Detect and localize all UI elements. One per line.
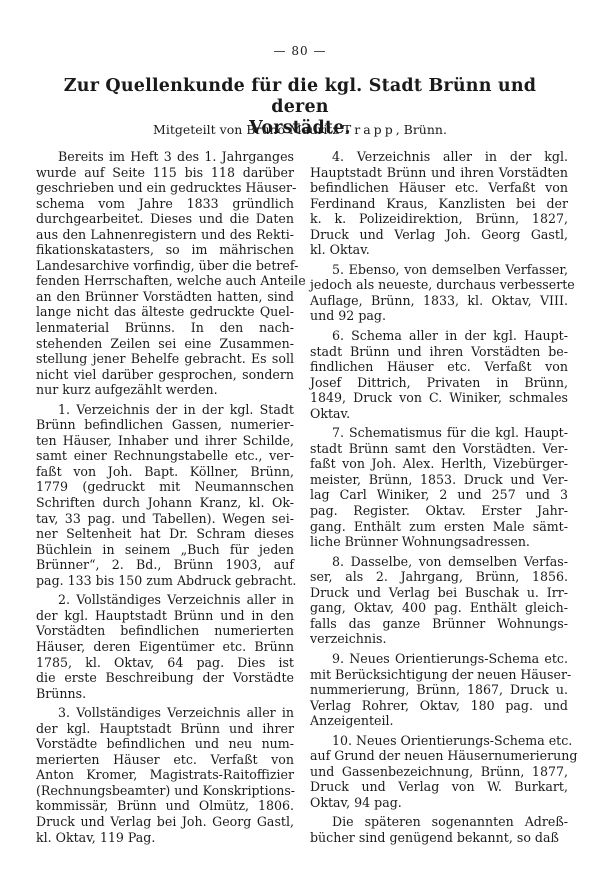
text-line: geschrieben und ein gedrucktes Häuser- [36, 180, 294, 196]
text-line: 6. Schema aller in der kgl. Haupt- [310, 328, 568, 344]
text-line: der kgl. Hauptstadt Brünn und ihrer [36, 721, 294, 737]
paragraph: 10. Neues Orientierungs-Schema etc.auf G… [310, 733, 568, 811]
paragraph: 6. Schema aller in der kgl. Haupt-stadt … [310, 328, 568, 421]
text-line: 10. Neues Orientierungs-Schema etc. [310, 733, 568, 749]
text-line: ser, als 2. Jahrgang, Brünn, 1856. [310, 569, 568, 585]
paragraph: Bereits im Heft 3 des 1. Jahrgangeswurde… [36, 149, 294, 398]
text-line: verzeichnis. [310, 631, 568, 647]
text-line: meister, Brünn, 1853. Druck und Ver- [310, 472, 568, 488]
text-line: ten Häuser, Inhaber und ihrer Schilde, [36, 433, 294, 449]
text-line: faßt von Joh. Bapt. Köllner, Brünn, [36, 464, 294, 480]
text-line: 8. Dasselbe, von demselben Verfas- [310, 554, 568, 570]
text-line: an den Brünner Vorstädten hatten, sind [36, 289, 294, 305]
text-line: Brünner“, 2. Bd., Brünn 1903, auf [36, 557, 294, 573]
text-line: Brünn befindlichen Gassen, numerier- [36, 417, 294, 433]
text-line: 5. Ebenso, von demselben Verfasser, [310, 262, 568, 278]
text-line: findlichen Häuser etc. Verfaßt von [310, 359, 568, 375]
text-line: Oktav. [310, 406, 568, 422]
text-line: Hauptstadt Brünn und ihren Vorstädten [310, 165, 568, 181]
text-line: Verlag Rohrer, Oktav, 180 pag. und [310, 698, 568, 714]
paragraph: 2. Vollständiges Verzeichnis aller inder… [36, 592, 294, 701]
text-line: pag. 133 bis 150 zum Abdruck gebracht. [36, 573, 294, 589]
byline: Mitgeteilt von Bruno Mauritz Trapp, Brün… [0, 122, 600, 137]
text-line: Vorstädte befindlichen und neu num- [36, 736, 294, 752]
text-line: 1. Verzeichnis der in der kgl. Stadt [36, 402, 294, 418]
text-line: und Gassenbezeichnung, Brünn, 1877, [310, 764, 568, 780]
text-line: nummerierung, Brünn, 1867, Druck u. [310, 682, 568, 698]
text-line: 2. Vollständiges Verzeichnis aller in [36, 592, 294, 608]
text-line: faßt von Joh. Alex. Herlth, Vizebürger- [310, 456, 568, 472]
text-line: stehenden Zeilen sei eine Zusammen- [36, 336, 294, 352]
text-line: nur kurz aufgezählt werden. [36, 382, 294, 398]
text-line: die erste Beschreibung der Vorstädte [36, 670, 294, 686]
paragraph: 5. Ebenso, von demselben Verfasser,jedoc… [310, 262, 568, 324]
paragraph: 9. Neues Orientierungs-Schema etc.mit Be… [310, 651, 568, 729]
text-line: Druck und Verlag bei Buschak u. Irr- [310, 585, 568, 601]
text-line: nicht viel darüber gesprochen, sondern [36, 367, 294, 383]
text-line: 7. Schematismus für die kgl. Haupt- [310, 425, 568, 441]
text-line: 3. Vollständiges Verzeichnis aller in [36, 705, 294, 721]
paragraph: 4. Verzeichnis aller in der kgl.Hauptsta… [310, 149, 568, 258]
left-column: Bereits im Heft 3 des 1. Jahrgangeswurde… [36, 149, 294, 849]
text-line: 1779 (gedruckt mit Neumannschen [36, 479, 294, 495]
text-line: Häuser, deren Eigentümer etc. Brünn [36, 639, 294, 655]
text-line: Anton Kromer, Magistrats-Raitoffizier [36, 767, 294, 783]
text-line: Landesarchive vorfindig, über die betref… [36, 258, 294, 274]
text-line: mit Berücksichtigung der neuen Häuser- [310, 667, 568, 683]
text-line: Brünns. [36, 686, 294, 702]
text-line: gang, Oktav, 400 pag. Enthält gleich- [310, 600, 568, 616]
text-line: kommissär, Brünn und Olmütz, 1806. [36, 798, 294, 814]
text-line: befindlichen Häuser etc. Verfaßt von [310, 180, 568, 196]
text-line: schema vom Jahre 1833 gründlich [36, 196, 294, 212]
text-line: lange nicht das älteste gedruckte Quel- [36, 304, 294, 320]
text-line: und 92 pag. [310, 308, 568, 324]
paragraph: 7. Schematismus für die kgl. Haupt-stadt… [310, 425, 568, 549]
paragraph: Die späteren sogenannten Adreß-bücher si… [310, 814, 568, 845]
text-line: Druck und Verlag von W. Burkart, [310, 779, 568, 795]
text-line: merierten Häuser etc. Verfaßt von [36, 752, 294, 768]
byline-suffix: , Brünn. [396, 122, 447, 137]
text-line: Schriften durch Johann Kranz, kl. Ok- [36, 495, 294, 511]
paragraph: 3. Vollständiges Verzeichnis aller inder… [36, 705, 294, 845]
text-line: Oktav, 94 pag. [310, 795, 568, 811]
text-line: samt einer Rechnungstabelle etc., ver- [36, 448, 294, 464]
text-line: der kgl. Hauptstadt Brünn und in den [36, 608, 294, 624]
text-line: wurde auf Seite 115 bis 118 darüber [36, 165, 294, 181]
text-line: aus den Lahnenregistern und des Rekti- [36, 227, 294, 243]
article-title-line-1: Zur Quellenkunde für die kgl. Stadt Brün… [40, 76, 560, 118]
text-line: 1785, kl. Oktav, 64 pag. Dies ist [36, 655, 294, 671]
text-line: stadt Brünn und ihren Vorstädten be- [310, 344, 568, 360]
text-line: bücher sind genügend bekannt, so daß [310, 830, 568, 846]
text-line: kl. Oktav, 119 Pag. [36, 830, 294, 846]
text-line: falls das ganze Brünner Wohnungs- [310, 616, 568, 632]
text-line: 4. Verzeichnis aller in der kgl. [310, 149, 568, 165]
text-line: pag. Register. Oktav. Erster Jahr- [310, 503, 568, 519]
text-line: (Rechnungsbeamter) und Konskriptions- [36, 783, 294, 799]
text-line: k. k. Polizeidirektion, Brünn, 1827, [310, 211, 568, 227]
text-line: Die späteren sogenannten Adreß- [310, 814, 568, 830]
text-line: kl. Oktav. [310, 242, 568, 258]
text-line: Vorstädten befindlichen numerierten [36, 623, 294, 639]
text-line: Anzeigenteil. [310, 713, 568, 729]
text-line: jedoch als neueste, durchaus verbesserte [310, 277, 568, 293]
byline-author-surname: Trapp [343, 122, 396, 137]
paragraph: 8. Dasselbe, von demselben Verfas-ser, a… [310, 554, 568, 647]
text-line: stadt Brünn samt den Vorstädten. Ver- [310, 441, 568, 457]
paragraph: 1. Verzeichnis der in der kgl. StadtBrün… [36, 402, 294, 589]
text-line: Büchlein in seinem „Buch für jeden [36, 542, 294, 558]
text-line: fenden Herrschaften, welche auch Anteile [36, 273, 294, 289]
text-line: Josef Dittrich, Privaten in Brünn, [310, 375, 568, 391]
text-line: stellung jener Behelfe gebracht. Es soll [36, 351, 294, 367]
text-line: Ferdinand Kraus, Kanzlisten bei der [310, 196, 568, 212]
text-line: fikationskatasters, so im mährischen [36, 242, 294, 258]
text-line: ner Seltenheit hat Dr. Schram dieses [36, 526, 294, 542]
text-line: liche Brünner Wohnungsadressen. [310, 534, 568, 550]
text-line: 9. Neues Orientierungs-Schema etc. [310, 651, 568, 667]
text-line: Bereits im Heft 3 des 1. Jahrganges [36, 149, 294, 165]
text-line: lenmaterial Brünns. In den nach- [36, 320, 294, 336]
right-column: 4. Verzeichnis aller in der kgl.Hauptsta… [310, 149, 568, 850]
text-line: durchgearbeitet. Dieses und die Daten [36, 211, 294, 227]
text-line: gang. Enthält zum ersten Male sämt- [310, 519, 568, 535]
text-line: tav, 33 pag. und Tabellen). Wegen sei- [36, 511, 294, 527]
text-line: lag Carl Winiker, 2 und 257 und 3 [310, 487, 568, 503]
text-line: 1849, Druck von C. Winiker, schmales [310, 390, 568, 406]
text-line: auf Grund der neuen Häusernumerierung [310, 748, 568, 764]
text-line: Druck und Verlag Joh. Georg Gastl, [310, 227, 568, 243]
page-number: — 80 — [0, 44, 600, 58]
text-line: Druck und Verlag bei Joh. Georg Gastl, [36, 814, 294, 830]
text-line: Auflage, Brünn, 1833, kl. Oktav, VIII. [310, 293, 568, 309]
byline-prefix: Mitgeteilt von Bruno Mauritz [153, 122, 343, 137]
